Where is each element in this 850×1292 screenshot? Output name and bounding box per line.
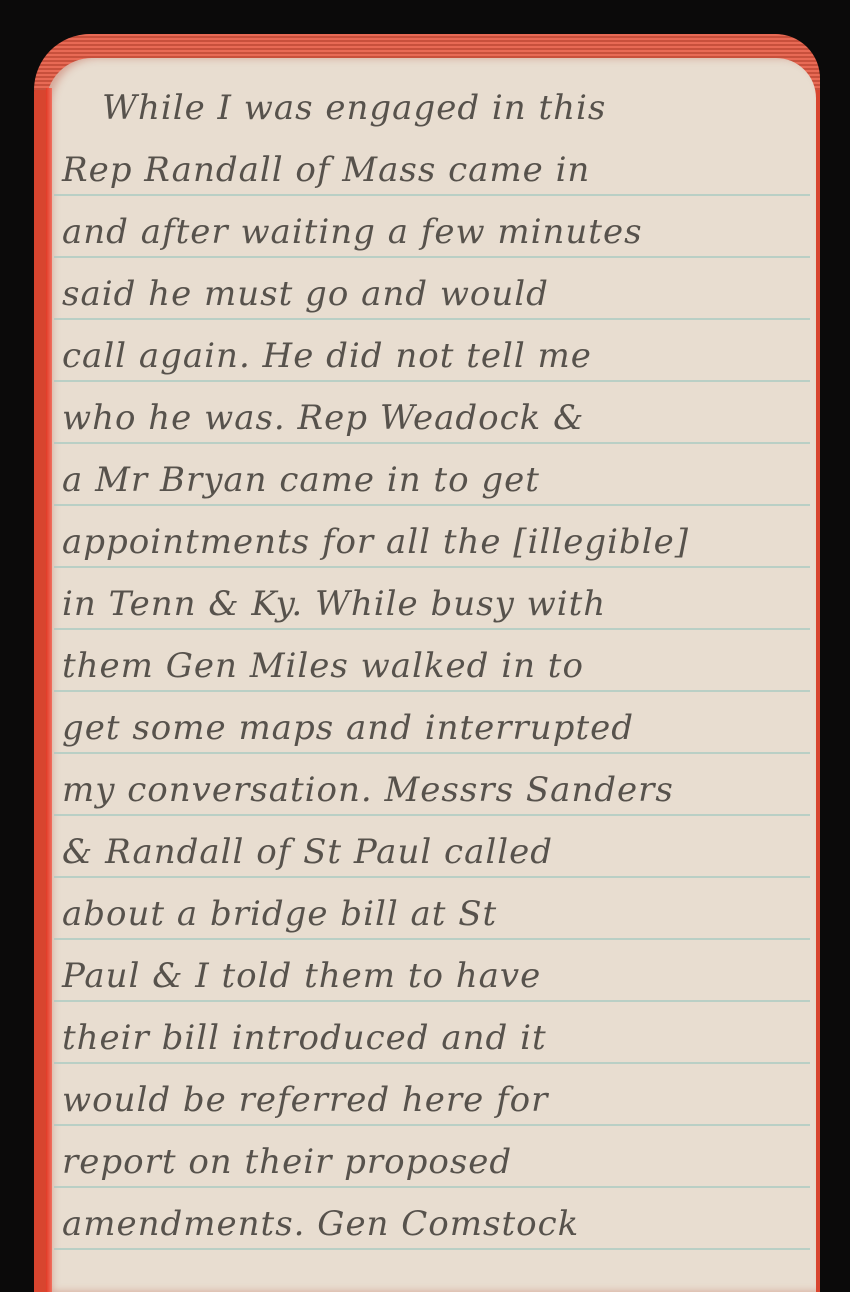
- text-line: & Randall of St Paul called: [62, 822, 553, 882]
- text-line: them Gen Miles walked in to: [62, 636, 584, 696]
- text-line: get some maps and interrupted: [62, 698, 634, 758]
- red-margin-line: [46, 88, 52, 1292]
- text-line: appointments for all the [illegible]: [62, 512, 689, 572]
- text-line: amendments. Gen Comstock: [62, 1194, 579, 1254]
- text-line: their bill introduced and it: [62, 1008, 547, 1068]
- text-line: in Tenn & Ky. While busy with: [62, 574, 606, 634]
- text-line: my conversation. Messrs Sanders: [62, 760, 674, 820]
- text-line: call again. He did not tell me: [62, 326, 592, 386]
- text-line: and after waiting a few minutes: [62, 202, 643, 262]
- text-line: about a bridge bill at St: [62, 884, 497, 944]
- text-line: report on their proposed: [62, 1132, 512, 1192]
- text-line: a Mr Bryan came in to get: [62, 450, 540, 510]
- text-line: said he must go and would: [62, 264, 549, 324]
- text-line: Rep Randall of Mass came in: [62, 140, 590, 200]
- text-line: who he was. Rep Weadock &: [62, 388, 584, 448]
- text-line: Paul & I told them to have: [62, 946, 541, 1006]
- text-line: While I was engaged in this: [102, 78, 606, 138]
- text-line: would be referred here for: [62, 1070, 548, 1130]
